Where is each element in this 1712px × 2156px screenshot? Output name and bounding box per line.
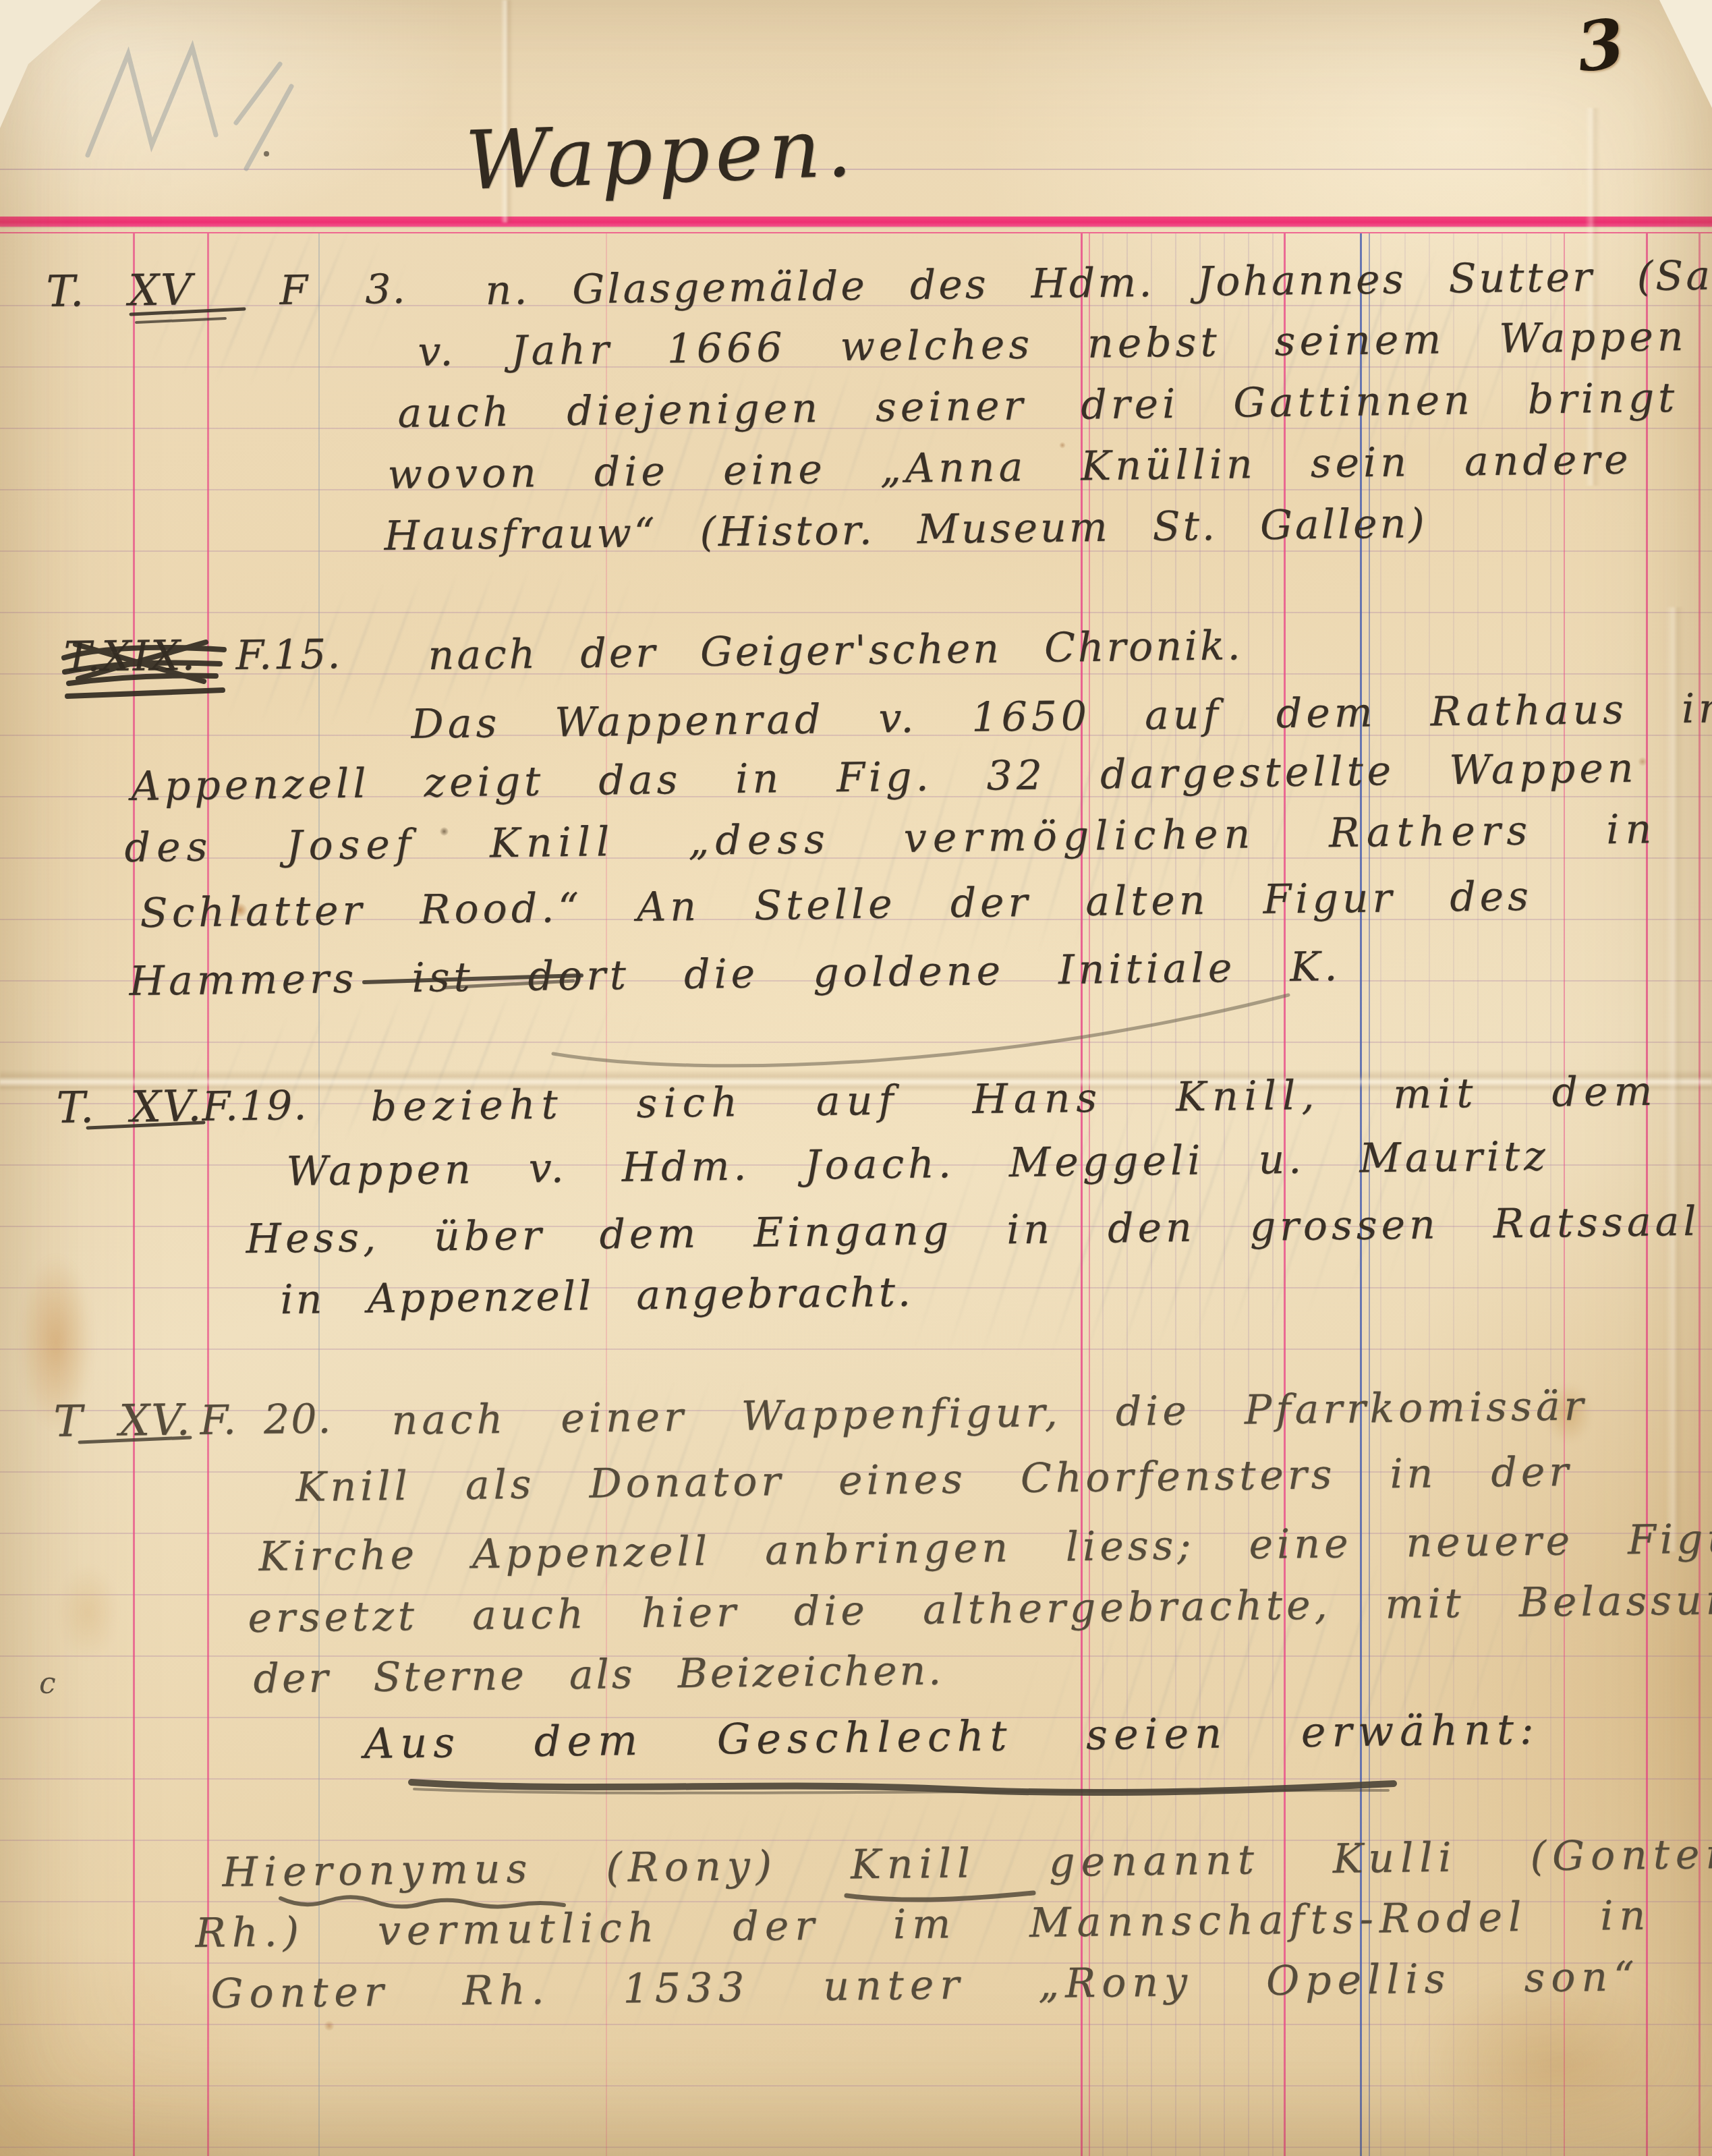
- margin-note-c: c: [39, 1666, 56, 1701]
- manuscript-page-scan: 3 Wappen. T. XV F 3. n. Glasgemälde des …: [0, 0, 1712, 2156]
- ruled-line-vertical-pink: [133, 233, 135, 2156]
- stain: [57, 1565, 118, 1659]
- stain: [1638, 757, 1647, 766]
- ink-dot: [264, 151, 269, 157]
- pencil-scribble: [88, 47, 291, 169]
- entry-line: auch diejenigen seiner drei Gattinnen br…: [397, 374, 1678, 437]
- entry-line: Das Wappenrad v. 1650 auf dem Rathaus in: [411, 685, 1712, 748]
- ruled-line-vertical-pink: [207, 233, 209, 2156]
- entry-fig-ref: F.15.: [235, 631, 342, 679]
- entry-line: v. Jahr 1666 welches nebst seinem Wappen: [418, 313, 1688, 376]
- section-heading: Aus dem Geschlecht seien erwähnt:: [364, 1705, 1540, 1768]
- entry-line: der Sterne als Beizeichen.: [253, 1647, 944, 1703]
- entry-plate-ref-crossed: T.XIX.: [63, 631, 196, 681]
- torn-corner-top-left: [0, 0, 121, 142]
- header-rule-thin-pink: [0, 232, 1712, 233]
- entry-line: nach einer Wappenfigur, die Pfarrkomissä…: [391, 1382, 1587, 1444]
- entry-line: Schlatter Rood.“ An Stelle der alten Fig…: [140, 873, 1533, 937]
- entry-plate-ref: T XV.: [53, 1396, 192, 1447]
- torn-corner-top-right: [1632, 0, 1712, 121]
- entry-line: in Appenzell angebracht.: [280, 1269, 913, 1324]
- entry-line: Hausfrauw“ (Histor. Museum St. Gallen): [384, 500, 1427, 560]
- entry-line: des Josef Knill „dess vermöglichen Rathe…: [124, 805, 1657, 872]
- entry-line: Hammers ist dort die goldene Initiale K.: [129, 943, 1342, 1005]
- entry-line: nach der Geiger'schen Chronik.: [428, 622, 1243, 679]
- genealogy-line: Hieronymus (Rony) Knill genannt Kulli (G…: [222, 1831, 1712, 1896]
- entry-line: Kirche Appenzell anbringen liess; eine n…: [258, 1515, 1712, 1581]
- entry-line: Appenzell zeigt das in Fig. 32 dargestel…: [131, 745, 1638, 810]
- entry-line: ersetzt auch hier die althergebrachte, m…: [248, 1577, 1712, 1642]
- page-title: Wappen.: [464, 101, 859, 208]
- entry-fig-ref: F 3.: [279, 266, 407, 314]
- genealogy-line: Rh.) vermutlich der im Mannschafts-Rodel…: [195, 1892, 1651, 1957]
- entry-line: Hess, über dem Eingang in den grossen Ra…: [246, 1198, 1701, 1263]
- entry-fig-ref: F. 20.: [200, 1396, 333, 1444]
- entry-plate-ref: T. XV.: [56, 1081, 203, 1133]
- header-rule-thick-pink: [0, 217, 1712, 227]
- entry-line: Wappen v. Hdm. Joach. Meggeli u. Mauritz: [286, 1133, 1549, 1195]
- entry-plate-ref: T. XV: [46, 265, 194, 317]
- entry-line: Knill als Donator eines Chorfensters in …: [295, 1448, 1572, 1511]
- stain: [324, 2020, 335, 2031]
- genealogy-line: Gonter Rh. 1533 unter „Rony Opellis son“…: [210, 1950, 1712, 2018]
- entry-fig-ref: F.19.: [202, 1082, 308, 1131]
- page-number: 3: [1572, 3, 1628, 88]
- entry-line: wovon die eine „Anna Knüllin sein andere: [387, 436, 1632, 499]
- entry-line: n. Glasgemälde des Hdm. Johannes Sutter …: [485, 250, 1712, 314]
- fold-crease-vertical: [1666, 607, 1684, 1552]
- entry-line: bezieht sich auf Hans Knill, mit dem: [370, 1068, 1659, 1131]
